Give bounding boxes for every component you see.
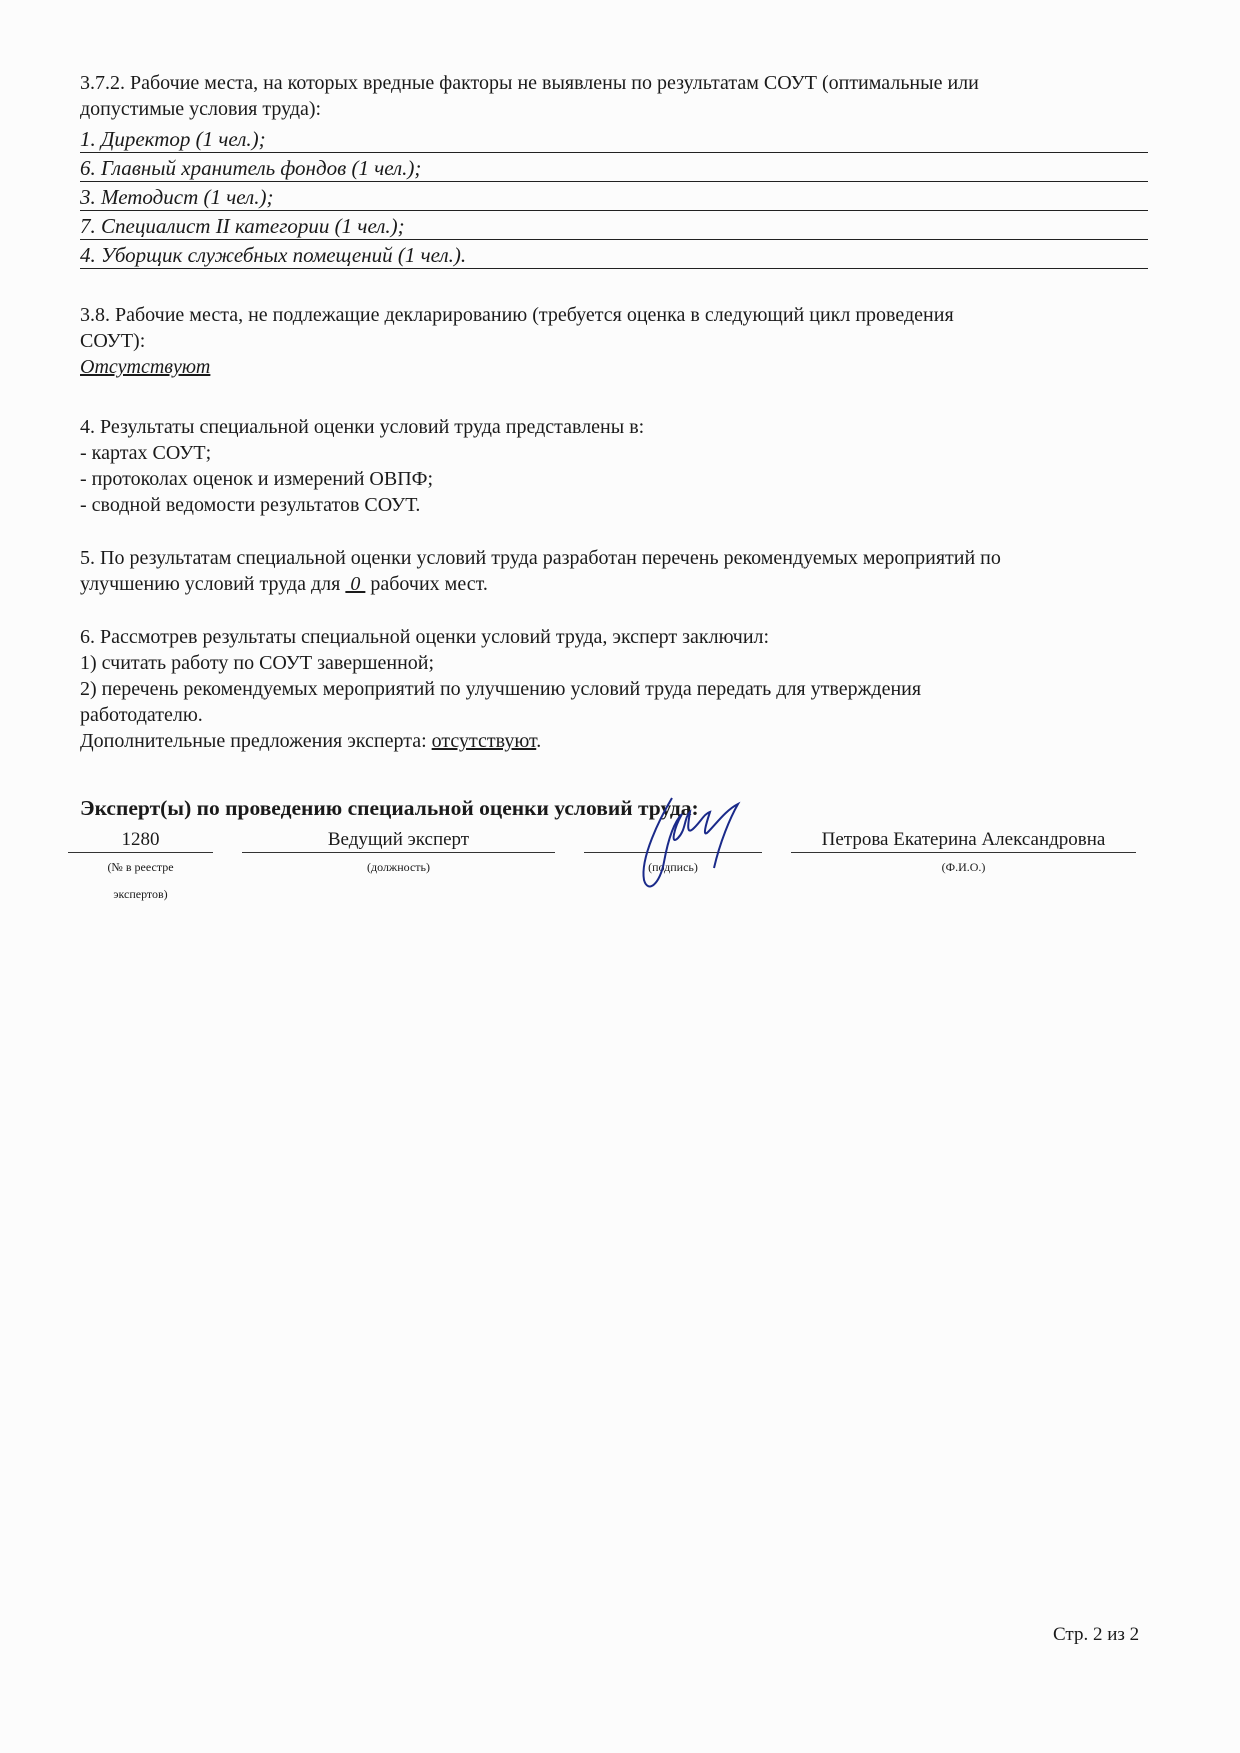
- section-6-item2-cont: работодателю.: [80, 702, 203, 728]
- page-number: Стр. 2 из 2: [1053, 1624, 1139, 1646]
- extra-end: .: [536, 730, 541, 752]
- section-4-item: - протоколах оценок и измерений ОВПФ;: [80, 466, 433, 492]
- handwritten-signature-icon: [630, 788, 760, 898]
- full-name-label: (Ф.И.О.): [791, 854, 1136, 881]
- registry-label: (№ в реестреэкспертов): [68, 854, 213, 908]
- section-4-item: - картах СОУТ;: [80, 440, 211, 466]
- section-3-8-value: Отсутствуют: [80, 354, 210, 380]
- section-5-prefix: улучшению условий труда для: [80, 573, 345, 595]
- section-6-heading: 6. Рассмотрев результаты специальной оце…: [80, 624, 769, 650]
- workplace-item: 1. Директор (1 чел.);: [80, 125, 1148, 153]
- full-name-field: Петрова Екатерина Александровна: [791, 828, 1136, 853]
- experts-heading: Эксперт(ы) по проведению специальной оце…: [80, 796, 699, 821]
- workplace-item: 4. Уборщик служебных помещений (1 чел.).: [80, 241, 1148, 269]
- section-6-item1: 1) считать работу по СОУТ завершенной;: [80, 650, 434, 676]
- workplace-item: 3. Методист (1 чел.);: [80, 183, 1148, 211]
- section-4-heading: 4. Результаты специальной оценки условий…: [80, 414, 644, 440]
- position-field: Ведущий эксперт: [242, 828, 555, 853]
- section-5-suffix: рабочих мест.: [365, 573, 487, 595]
- section-6-item2: 2) перечень рекомендуемых мероприятий по…: [80, 676, 921, 702]
- registry-label-line1: (№ в реестре: [68, 854, 213, 881]
- section-6-extra: Дополнительные предложения эксперта: отс…: [80, 728, 541, 754]
- position-label: (должность): [242, 854, 555, 881]
- workplace-count: 0: [345, 573, 365, 595]
- section-5-line1: 5. По результатам специальной оценки усл…: [80, 545, 1001, 571]
- section-3-8-heading: 3.8. Рабочие места, не подлежащие деклар…: [80, 302, 954, 328]
- workplace-item: 7. Специалист II категории (1 чел.);: [80, 212, 1148, 240]
- section-3-7-2-heading-cont: допустимые условия труда):: [80, 96, 321, 122]
- registry-label-line2: экспертов): [68, 881, 213, 908]
- registry-number: 1280: [68, 828, 213, 853]
- section-3-7-2-heading: 3.7.2. Рабочие места, на которых вредные…: [80, 70, 979, 96]
- extra-label: Дополнительные предложения эксперта:: [80, 730, 432, 752]
- workplace-item: 6. Главный хранитель фондов (1 чел.);: [80, 154, 1148, 182]
- section-3-8-heading-cont: СОУТ):: [80, 328, 145, 354]
- section-4-item: - сводной ведомости результатов СОУТ.: [80, 492, 420, 518]
- extra-value: отсутствуют: [432, 730, 537, 752]
- section-5-line2: улучшению условий труда для 0 рабочих ме…: [80, 571, 488, 597]
